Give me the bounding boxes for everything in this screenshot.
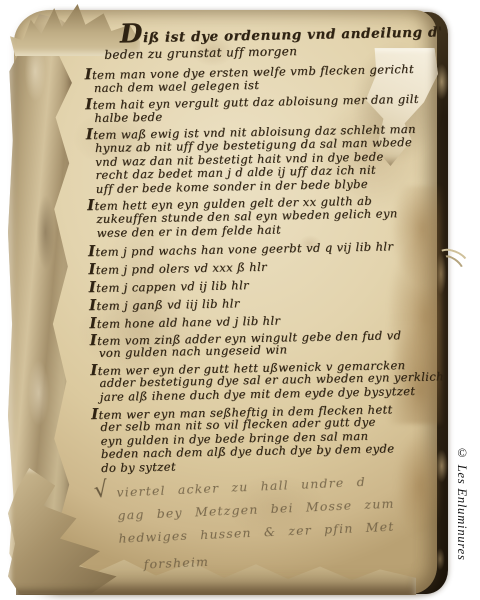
annotation-text-block: viertel acker zu hall undre dgag bey Met… xyxy=(116,467,430,576)
manuscript-line: Item j pnd olers vd xxx ß hlr xyxy=(88,257,418,277)
manuscript-text-block: Diß ist dye ordenung vnd andeilung d'bed… xyxy=(84,23,423,476)
copyright-credit: © Les Enluminures xyxy=(454,446,469,598)
manuscript-line: Item j ganß vd iij lib hlr xyxy=(89,293,419,313)
manuscript-line: Item j cappen vd ij lib hlr xyxy=(89,275,419,295)
photo-stage: Diß ist dye ordenung vnd andeilung d'bed… xyxy=(0,0,480,600)
manuscript-line: Item j pnd wachs han vone geerbt vd q vi… xyxy=(88,238,418,258)
